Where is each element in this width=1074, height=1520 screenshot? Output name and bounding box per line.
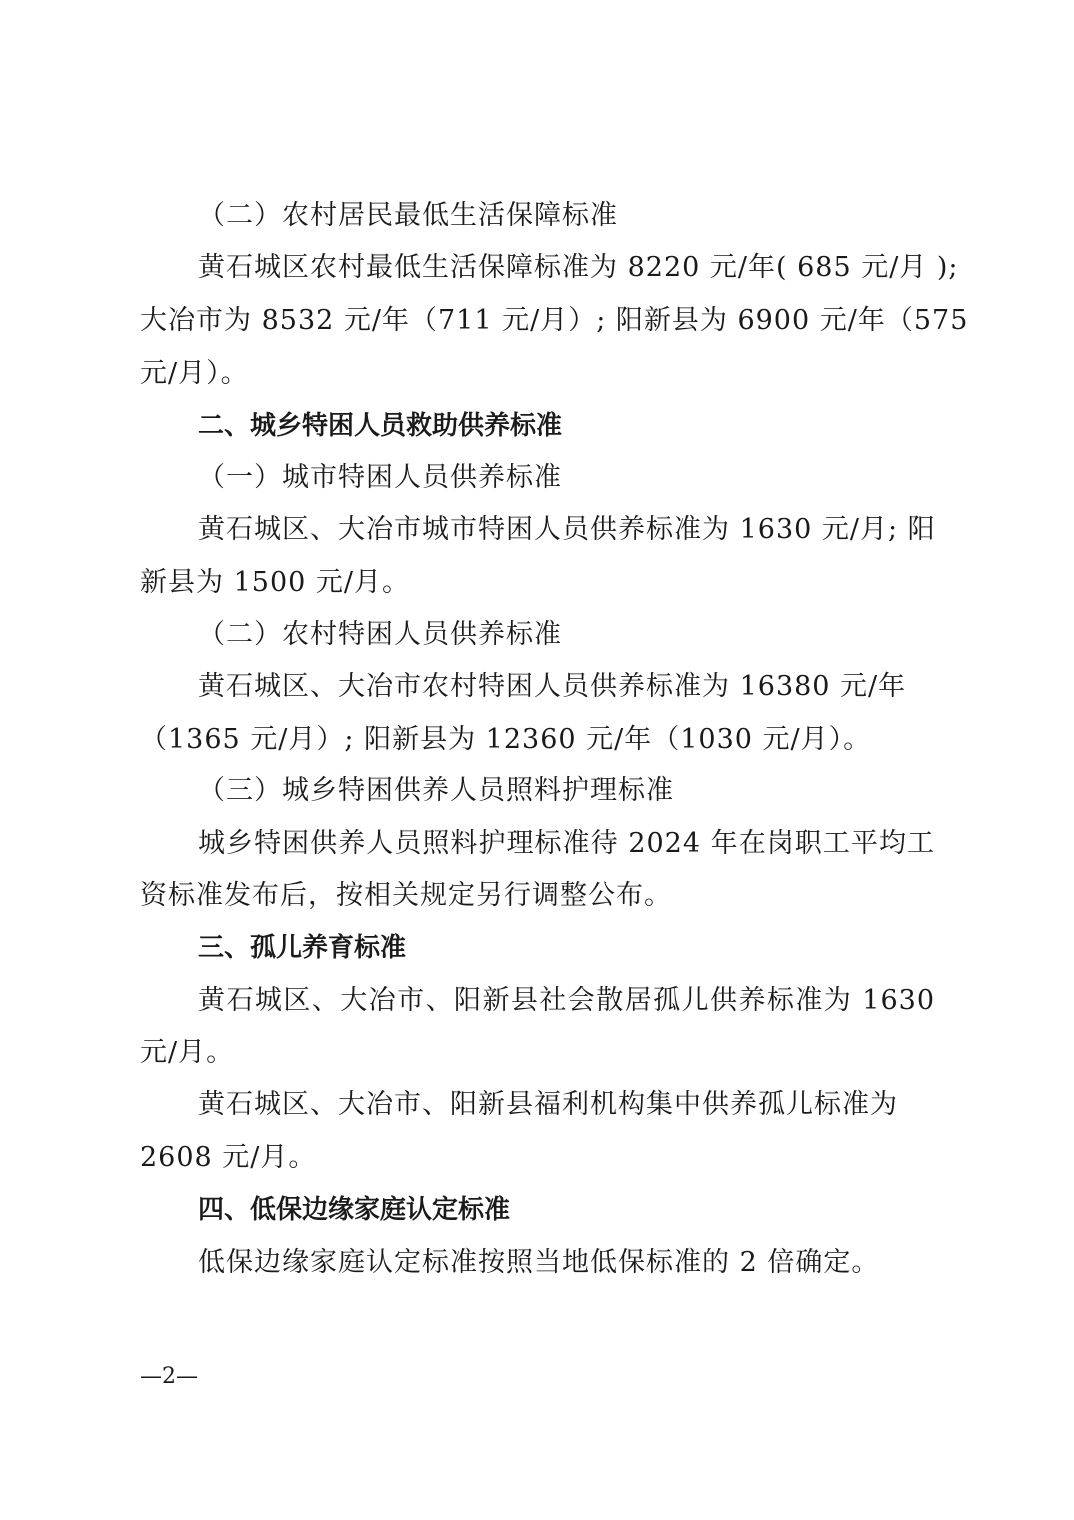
sub-heading-care-standard: （三）城乡特困供养人员照料护理标准	[198, 771, 998, 811]
paragraph-line: 黄石城区、大冶市城市特困人员供养标准为 1630 元/月; 阳	[198, 510, 935, 550]
document-page: （二）农村居民最低生活保障标准 黄石城区农村最低生活保障标准为 8220 元/年…	[0, 0, 1074, 1520]
paragraph-line: 黄石城区、大冶市农村特困人员供养标准为 16380 元/年	[198, 667, 998, 707]
paragraph-line: 新县为 1500 元/月。	[140, 563, 940, 603]
paragraph-line: （1365 元/月）; 阳新县为 12360 元/年（1030 元/月）。	[140, 720, 940, 760]
section-heading-low-income-edge-family: 四、低保边缘家庭认定标准	[198, 1190, 998, 1230]
paragraph-line: 低保边缘家庭认定标准按照当地低保标准的 2 倍确定。	[198, 1243, 998, 1283]
sub-heading-rural-special-hardship: （二）农村特困人员供养标准	[198, 615, 998, 655]
paragraph-line: 元/月）。	[140, 354, 940, 394]
paragraph-line: 黄石城区农村最低生活保障标准为 8220 元/年( 685 元/月 );	[198, 248, 935, 288]
section-heading-special-hardship-support: 二、城乡特困人员救助供养标准	[198, 406, 998, 446]
sub-heading-urban-special-hardship: （一）城市特困人员供养标准	[198, 458, 998, 498]
section-heading-orphan-support: 三、孤儿养育标准	[198, 928, 998, 968]
paragraph-line: 黄石城区、大冶市、阳新县福利机构集中供养孤儿标准为	[198, 1085, 998, 1125]
page-number: —2—	[140, 1362, 198, 1392]
paragraph-line: 2608 元/月。	[140, 1138, 940, 1178]
paragraph-line: 黄石城区、大冶市、阳新县社会散居孤儿供养标准为 1630	[198, 981, 935, 1021]
paragraph-line: 资标准发布后，按相关规定另行调整公布。	[140, 876, 940, 916]
sub-heading-rural-minimum-living: （二）农村居民最低生活保障标准	[198, 196, 998, 236]
paragraph-line: 城乡特困供养人员照料护理标准待 2024 年在岗职工平均工	[198, 824, 935, 864]
paragraph-line: 大冶市为 8532 元/年（711 元/月）; 阳新县为 6900 元/年（57…	[140, 301, 935, 341]
paragraph-line: 元/月。	[140, 1033, 940, 1073]
